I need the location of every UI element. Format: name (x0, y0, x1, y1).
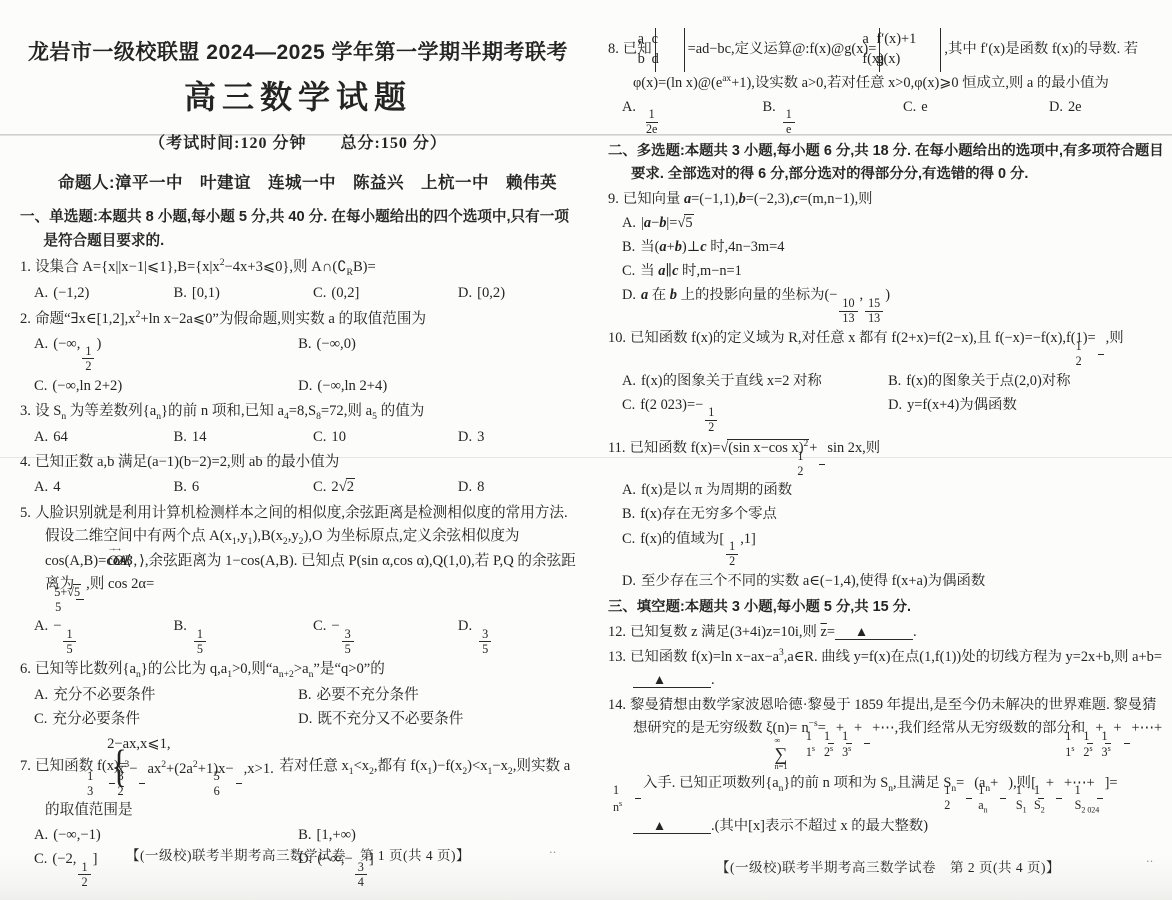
question-7-number: 7. (20, 755, 31, 779)
question-13-number: 13. (608, 646, 626, 669)
question-8-choice-B: B.1e (763, 96, 900, 137)
question-10-choice-B: B.f(x)的图象关于点(2,0)对称 (888, 370, 1168, 393)
question-13: 13.已知函数 f(x)=ln x−ax−a3,a∈R. 曲线 y=f(x)在点… (608, 646, 1168, 692)
question-9-number: 9. (608, 188, 619, 211)
question-8-choice-D: D.2e (1049, 96, 1168, 137)
question-14-number: 14. (608, 694, 626, 717)
question-5-choice-D: D.35 (458, 615, 576, 656)
question-9-choice-A: A.|a−b|=√5 (622, 212, 1168, 235)
section-heading: 一、单选题:本题共 8 小题,每小题 5 分,共 40 分. 在每小题给出的四个… (20, 206, 576, 253)
question-13-stem: 13.已知函数 f(x)=ln x−ax−a3,a∈R. 曲线 y=f(x)在点… (608, 646, 1168, 692)
question-6-choice-C: C.充分必要条件 (34, 708, 294, 732)
question-9-stem: 9.已知向量 a=(−1,1),b=(−2,3),c=(m,n−1),则 (608, 188, 1168, 211)
question-9-choice-D: D.a 在 b 上的投影向量的坐标为(−1013,1513) (622, 284, 1168, 325)
question-8-choice-A: A.12e (622, 96, 759, 137)
question-12: 12.已知复数 z 满足(3+4i)z=10i,则 z=▲. (608, 621, 1168, 644)
question-4-choice-A: A.4 (34, 476, 170, 500)
question-11-choices: A.f(x)是以 π 为周期的函数B.f(x)存在无穷多个零点C.f(x)的值域… (608, 479, 1168, 592)
exam-league-title: 龙岩市一级校联盟 2024—2025 学年第一学期半期考联考 (20, 36, 576, 66)
question-5: 5.人脸识别就是利用计算机检测样本之间的相似度,余弦距离是检测相似度的常用方法.… (20, 502, 576, 656)
question-2: 2.命题“∃x∈[1,2],x2+ln x−2a⩽0”为假命题,则实数 a 的取… (20, 307, 576, 398)
question-3-number: 3. (20, 400, 31, 424)
question-1-choices: A.(−1,2)B.[0,1)C.(0,2]D.[0,2) (20, 282, 576, 306)
question-5-choice-A: A.−15 (34, 615, 170, 656)
question-1-choice-D: D.[0,2) (458, 282, 576, 306)
question-10: 10.已知函数 f(x)的定义域为 R,对任意 x 都有 f(2+x)=f(2−… (608, 327, 1168, 435)
page1-footer: 【(一级校)联考半期考高三数学试卷 第 1 页(共 4 页)】 (20, 844, 576, 864)
question-6-choice-D: D.既不充分又不必要条件 (298, 708, 576, 732)
question-8-stem: 8.已知acbd=ad−bc,定义运算@:f(x)@g(x)=af′(x)+1f… (608, 28, 1168, 95)
question-1-choice-B: B.[0,1) (174, 282, 310, 306)
question-2-number: 2. (20, 308, 31, 332)
question-3: 3.设 Sn 为等差数列{an}的前 n 项和,已知 a4=8,S8=72,则 … (20, 400, 576, 449)
question-6: 6.已知等比数列{an}的公比为 q,a1>0,则“an+2>an”是“q>0”… (20, 658, 576, 732)
question-1-choice-A: A.(−1,2) (34, 282, 170, 306)
question-8-choice-C: C.e (903, 96, 1045, 137)
question-9-choices: A.|a−b|=√5B.当(a+b)⊥c 时,4n−3m=4C.当 a∥c 时,… (608, 212, 1168, 325)
question-11-number: 11. (608, 437, 625, 460)
question-5-choice-B: B.15 (174, 615, 310, 656)
question-4: 4.已知正数 a,b 满足(a−1)(b−2)=2,则 ab 的最小值为A.4B… (20, 451, 576, 499)
question-14: 14.黎曼猜想由数学家波恩哈德·黎曼于 1859 年提出,是至今仍未解决的世界难… (608, 694, 1168, 838)
question-10-choice-C: C.f(2 023)=−12 (622, 394, 884, 435)
question-2-choice-B: B.(−∞,0) (298, 333, 576, 374)
exam-authors: 命题人:漳平一中 叶建谊 连城一中 陈益兴 上杭一中 赖伟英 (20, 169, 576, 193)
question-7: 7.已知函数 f(x)={2−ax,x⩽1,13x3−32ax2+(2a2+1)… (20, 734, 576, 889)
question-12-stem: 12.已知复数 z 满足(3+4i)z=10i,则 z=▲. (608, 621, 1168, 644)
question-6-stem: 6.已知等比数列{an}的公比为 q,a1>0,则“an+2>an”是“q>0”… (20, 658, 576, 683)
question-3-choices: A.64B.14C.10D.3 (20, 426, 576, 450)
exam-main-title: 高三数学试题 (20, 72, 576, 118)
question-1-stem: 1.设集合 A={x||x−1|⩽1},B={x|x2−4x+3⩽0},则 A∩… (20, 255, 576, 280)
question-5-stem: 5.人脸识别就是利用计算机检测样本之间的相似度,余弦距离是检测相似度的常用方法.… (20, 502, 576, 615)
question-8-choices: A.12eB.1eC.eD.2e (608, 96, 1168, 137)
exam-sheet-scan: 龙岩市一级校联盟 2024—2025 学年第一学期半期考联考 高三数学试题 （考… (0, 0, 1172, 900)
question-9-choice-C: C.当 a∥c 时,m−n=1 (622, 260, 1168, 283)
question-3-choice-A: A.64 (34, 426, 170, 450)
question-2-choice-D: D.(−∞,ln 2+4) (298, 375, 576, 399)
section-heading: 三、填空题:本题共 3 小题,每小题 5 分,共 15 分. (608, 596, 1168, 619)
page-1: 龙岩市一级校联盟 2024—2025 学年第一学期半期考联考 高三数学试题 （考… (20, 36, 576, 864)
question-3-stem: 3.设 Sn 为等差数列{an}的前 n 项和,已知 a4=8,S8=72,则 … (20, 400, 576, 425)
page1-question-area: 一、单选题:本题共 8 小题,每小题 5 分,共 40 分. 在每小题给出的四个… (20, 206, 576, 889)
exam-time-score: （考试时间:120 分钟 总分:150 分） (20, 130, 576, 153)
question-4-choice-C: C.2√2 (313, 476, 454, 500)
question-2-choice-C: C.(−∞,ln 2+2) (34, 375, 294, 399)
question-8: 8.已知acbd=ad−bc,定义运算@:f(x)@g(x)=af′(x)+1f… (608, 28, 1168, 137)
question-10-number: 10. (608, 327, 626, 350)
question-10-choice-A: A.f(x)的图象关于直线 x=2 对称 (622, 370, 884, 393)
question-3-choice-D: D.3 (458, 426, 576, 450)
question-6-choice-A: A.充分不必要条件 (34, 684, 294, 708)
question-11-choice-C: C.f(x)的值域为[12,1] (622, 528, 1168, 569)
question-11-choice-D: D.至少存在三个不同的实数 a∈(−1,4),使得 f(x+a)为偶函数 (622, 570, 1168, 593)
question-5-choices: A.−15B.15C.−35D.35 (20, 615, 576, 656)
question-3-choice-B: B.14 (174, 426, 310, 450)
scan-speck: ‥ (1146, 852, 1153, 865)
page2-footer: 【(一级校)联考半期考高三数学试卷 第 2 页(共 4 页)】 (608, 856, 1168, 876)
scan-speck: ‥ (549, 843, 556, 856)
question-4-choice-D: D.8 (458, 476, 576, 500)
page2-question-area: 8.已知acbd=ad−bc,定义运算@:f(x)@g(x)=af′(x)+1f… (608, 28, 1168, 838)
question-4-choices: A.4B.6C.2√2D.8 (20, 476, 576, 500)
question-1-choice-C: C.(0,2] (313, 282, 454, 306)
question-7-stem: 7.已知函数 f(x)={2−ax,x⩽1,13x3−32ax2+(2a2+1)… (20, 734, 576, 823)
question-2-stem: 2.命题“∃x∈[1,2],x2+ln x−2a⩽0”为假命题,则实数 a 的取… (20, 307, 576, 332)
question-3-choice-C: C.10 (313, 426, 454, 450)
question-4-number: 4. (20, 451, 31, 475)
question-4-stem: 4.已知正数 a,b 满足(a−1)(b−2)=2,则 ab 的最小值为 (20, 451, 576, 475)
question-9: 9.已知向量 a=(−1,1),b=(−2,3),c=(m,n−1),则A.|a… (608, 188, 1168, 325)
question-10-choices: A.f(x)的图象关于直线 x=2 对称B.f(x)的图象关于点(2,0)对称C… (608, 370, 1168, 435)
question-11-stem: 11.已知函数 f(x)=√(sin x−cos x)2+12sin 2x,则 (608, 437, 1168, 478)
question-11: 11.已知函数 f(x)=√(sin x−cos x)2+12sin 2x,则A… (608, 437, 1168, 593)
question-2-choice-A: A.(−∞,12) (34, 333, 294, 374)
question-6-choice-B: B.必要不充分条件 (298, 684, 576, 708)
question-4-choice-B: B.6 (174, 476, 310, 500)
question-8-number: 8. (608, 38, 619, 61)
question-5-choice-C: C.−35 (313, 615, 454, 656)
question-9-choice-B: B.当(a+b)⊥c 时,4n−3m=4 (622, 236, 1168, 259)
section-heading: 二、多选题:本题共 3 小题,每小题 6 分,共 18 分. 在每小题给出的选项… (608, 140, 1168, 186)
question-6-number: 6. (20, 658, 31, 682)
question-10-stem: 10.已知函数 f(x)的定义域为 R,对任意 x 都有 f(2+x)=f(2−… (608, 327, 1168, 368)
question-5-number: 5. (20, 502, 31, 526)
question-1-number: 1. (20, 256, 31, 280)
question-12-number: 12. (608, 621, 626, 644)
question-11-choice-B: B.f(x)存在无穷多个零点 (622, 503, 1168, 526)
question-14-stem: 14.黎曼猜想由数学家波恩哈德·黎曼于 1859 年提出,是至今仍未解决的世界难… (608, 694, 1168, 838)
question-10-choice-D: D.y=f(x+4)为偶函数 (888, 394, 1168, 435)
question-6-choices: A.充分不必要条件B.必要不充分条件C.充分必要条件D.既不充分又不必要条件 (20, 684, 576, 732)
question-1: 1.设集合 A={x||x−1|⩽1},B={x|x2−4x+3⩽0},则 A∩… (20, 255, 576, 305)
page-2: 8.已知acbd=ad−bc,定义运算@:f(x)@g(x)=af′(x)+1f… (608, 26, 1168, 876)
question-11-choice-A: A.f(x)是以 π 为周期的函数 (622, 479, 1168, 502)
question-2-choices: A.(−∞,12)B.(−∞,0)C.(−∞,ln 2+2)D.(−∞,ln 2… (20, 333, 576, 398)
